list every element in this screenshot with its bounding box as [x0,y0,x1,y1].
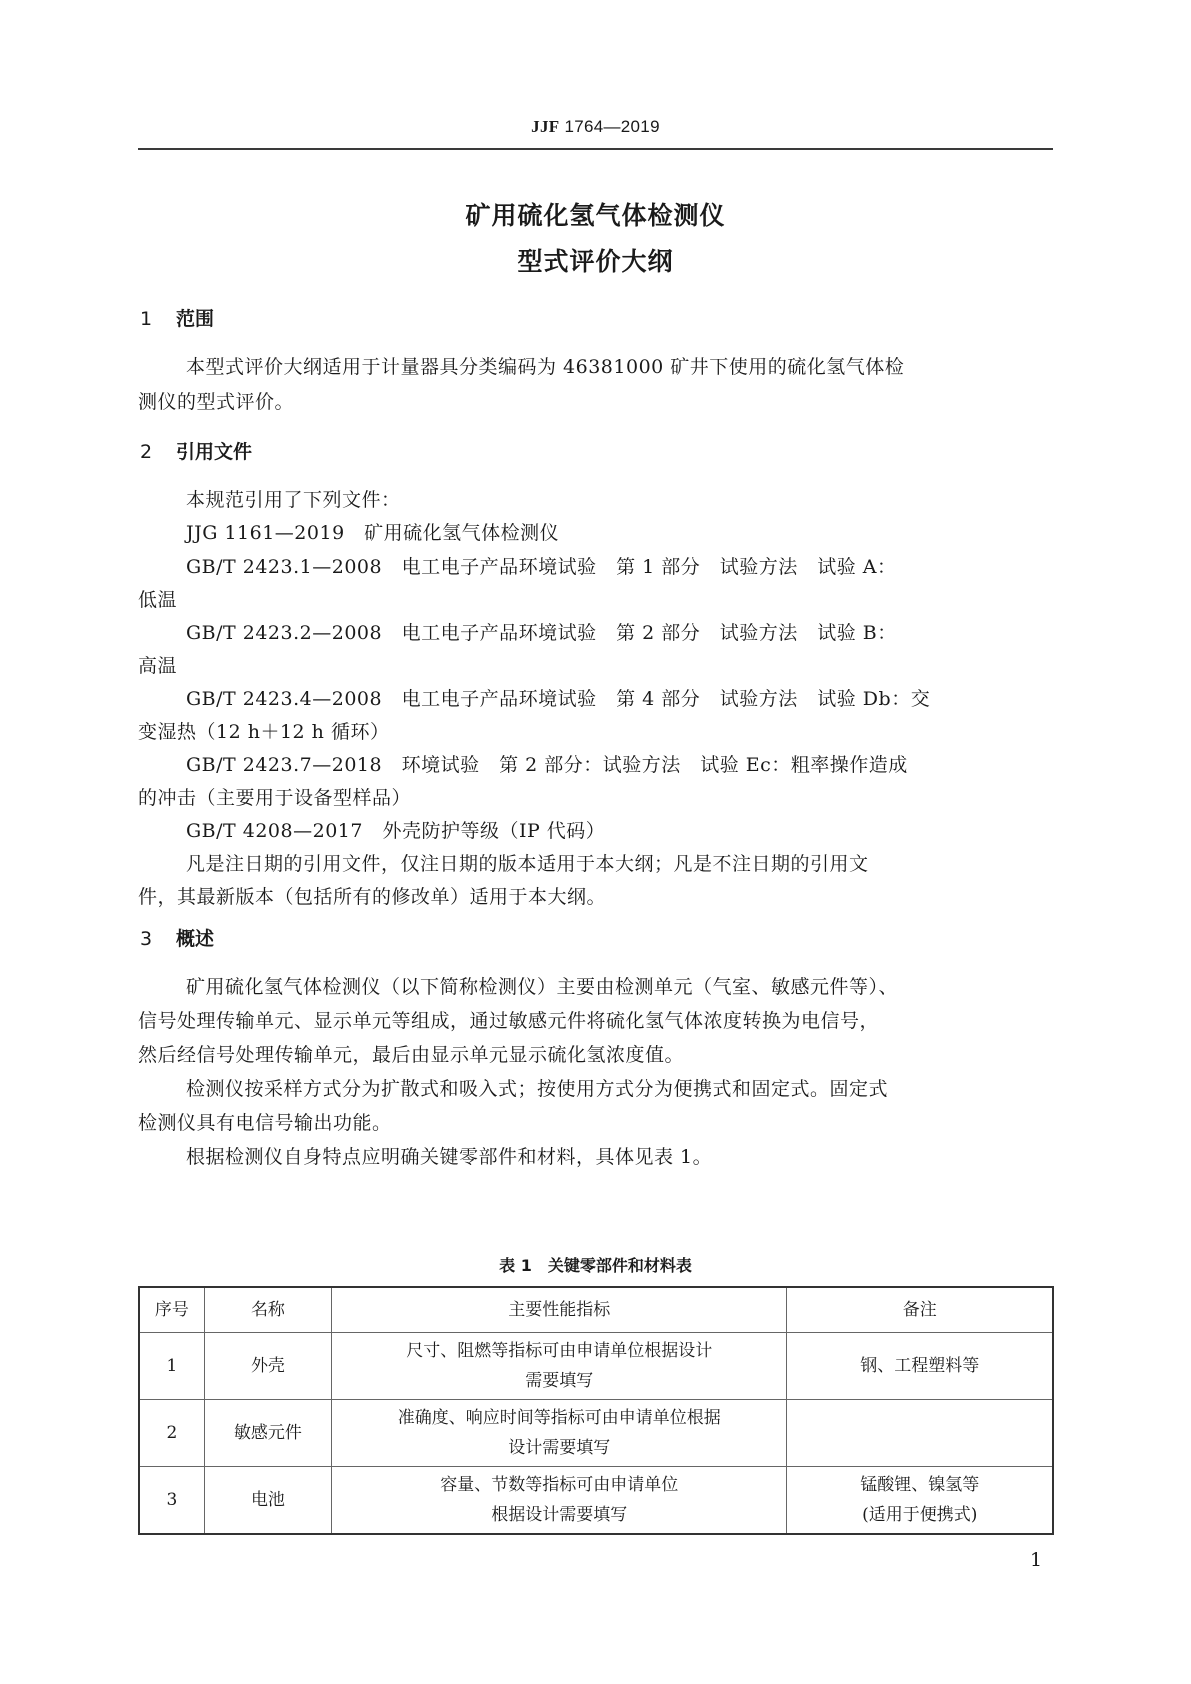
header-name: 名称 [204,1287,331,1333]
header-performance: 主要性能指标 [332,1287,787,1333]
reference-item-3-line1: GB/T 2423.2—2008 电工电子产品环境试验 第 2 部分 试验方法 … [186,618,897,645]
cell-performance-line2: 需要填写 [338,1366,780,1396]
overview-para2-line2: 检测仪具有电信号输出功能。 [138,1108,392,1135]
cell-performance-line2: 根据设计需要填写 [338,1500,780,1530]
section-number: 2 [140,441,176,463]
cell-remarks-line2: (适用于便携式) [793,1500,1046,1530]
reference-item-2-line2: 低温 [138,585,177,612]
table-row: 2 敏感元件 准确度、响应时间等指标可由申请单位根据 设计需要填写 [139,1400,1053,1467]
overview-para1-line1: 矿用硫化氢气体检测仪（以下简称检测仪）主要由检测单元（气室、敏感元件等）、 [186,972,898,999]
section-title: 概述 [176,928,214,950]
reference-item-5-line1: GB/T 2423.7—2018 环境试验 第 2 部分：试验方法 试验 Ec：… [186,750,908,777]
table-header-row: 序号 名称 主要性能指标 备注 [139,1287,1053,1333]
cell-remarks-line1: 钢、工程塑料等 [793,1351,1046,1381]
document-title-line1: 矿用硫化氢气体检测仪 [0,196,1191,232]
cell-remarks: 钢、工程塑料等 [787,1333,1053,1400]
overview-para1-line3: 然后经信号处理传输单元，最后由显示单元显示硫化氢浓度值。 [138,1040,684,1067]
cell-remarks-line1: 锰酸锂、镍氢等 [793,1470,1046,1500]
cell-name: 电池 [204,1467,331,1535]
section-number: 3 [140,928,176,950]
standard-code-prefix: JJF [531,117,559,136]
references-closing-line2: 件，其最新版本（包括所有的修改单）适用于本大纲。 [138,882,606,909]
page-number: 1 [1030,1549,1042,1571]
section-number: 1 [140,308,176,330]
key-components-table: 序号 名称 主要性能指标 备注 1 外壳 尺寸、阻燃等指标可由申请单位根据设计 … [138,1286,1054,1535]
cell-remarks [787,1400,1053,1467]
cell-performance-line2: 设计需要填写 [338,1433,780,1463]
standard-code-header: JJF 1764—2019 [0,117,1191,137]
standard-code-number: 1764—2019 [564,117,659,136]
reference-item-3-line2: 高温 [138,651,177,678]
cell-serial-no: 3 [139,1467,204,1535]
reference-item-2-line1: GB/T 2423.1—2008 电工电子产品环境试验 第 1 部分 试验方法 … [186,552,897,579]
header-divider [138,148,1053,150]
cell-remarks: 锰酸锂、镍氢等 (适用于便携式) [787,1467,1053,1535]
reference-item-4-line2: 变湿热（12 h＋12 h 循环） [138,717,389,744]
cell-performance: 容量、节数等指标可由申请单位 根据设计需要填写 [332,1467,787,1535]
overview-para1-line2: 信号处理传输单元、显示单元等组成，通过敏感元件将硫化氢气体浓度转换为电信号， [138,1006,879,1033]
section-1-heading: 1范围 [140,304,214,331]
cell-serial-no: 2 [139,1400,204,1467]
table-row: 3 电池 容量、节数等指标可由申请单位 根据设计需要填写 锰酸锂、镍氢等 (适用… [139,1467,1053,1535]
cell-performance: 准确度、响应时间等指标可由申请单位根据 设计需要填写 [332,1400,787,1467]
cell-performance-line1: 容量、节数等指标可由申请单位 [338,1470,780,1500]
section-1-para-line1: 本型式评价大纲适用于计量器具分类编码为 46381000 矿井下使用的硫化氢气体… [186,352,904,379]
overview-para2-line1: 检测仪按采样方式分为扩散式和吸入式；按使用方式分为便携式和固定式。固定式 [186,1074,888,1101]
document-page: JJF 1764—2019 矿用硫化氢气体检测仪 型式评价大纲 1范围 本型式评… [0,0,1191,1684]
section-1-para-line2: 测仪的型式评价。 [138,387,294,414]
reference-item-4-line1: GB/T 2423.4—2008 电工电子产品环境试验 第 4 部分 试验方法 … [186,684,930,711]
table-row: 1 外壳 尺寸、阻燃等指标可由申请单位根据设计 需要填写 钢、工程塑料等 [139,1333,1053,1400]
section-title: 范围 [176,308,214,330]
cell-serial-no: 1 [139,1333,204,1400]
header-remarks: 备注 [787,1287,1053,1333]
overview-para3-line1: 根据检测仪自身特点应明确关键零部件和材料，具体见表 1。 [186,1142,712,1169]
cell-performance: 尺寸、阻燃等指标可由申请单位根据设计 需要填写 [332,1333,787,1400]
reference-item-5-line2: 的冲击（主要用于设备型样品） [138,783,411,810]
section-title: 引用文件 [176,441,252,463]
references-intro: 本规范引用了下列文件： [186,485,401,512]
cell-name: 敏感元件 [204,1400,331,1467]
header-serial-no: 序号 [139,1287,204,1333]
reference-item-1: JJG 1161—2019 矿用硫化氢气体检测仪 [186,518,559,545]
table-1-caption: 表 1 关键零部件和材料表 [0,1253,1191,1276]
section-2-heading: 2引用文件 [140,437,252,464]
section-3-heading: 3概述 [140,924,214,951]
references-closing-line1: 凡是注日期的引用文件，仅注日期的版本适用于本大纲；凡是不注日期的引用文 [186,849,869,876]
reference-item-6: GB/T 4208—2017 外壳防护等级（IP 代码） [186,816,605,843]
cell-performance-line1: 准确度、响应时间等指标可由申请单位根据 [338,1403,780,1433]
cell-name: 外壳 [204,1333,331,1400]
cell-performance-line1: 尺寸、阻燃等指标可由申请单位根据设计 [338,1336,780,1366]
document-title-line2: 型式评价大纲 [0,242,1191,278]
